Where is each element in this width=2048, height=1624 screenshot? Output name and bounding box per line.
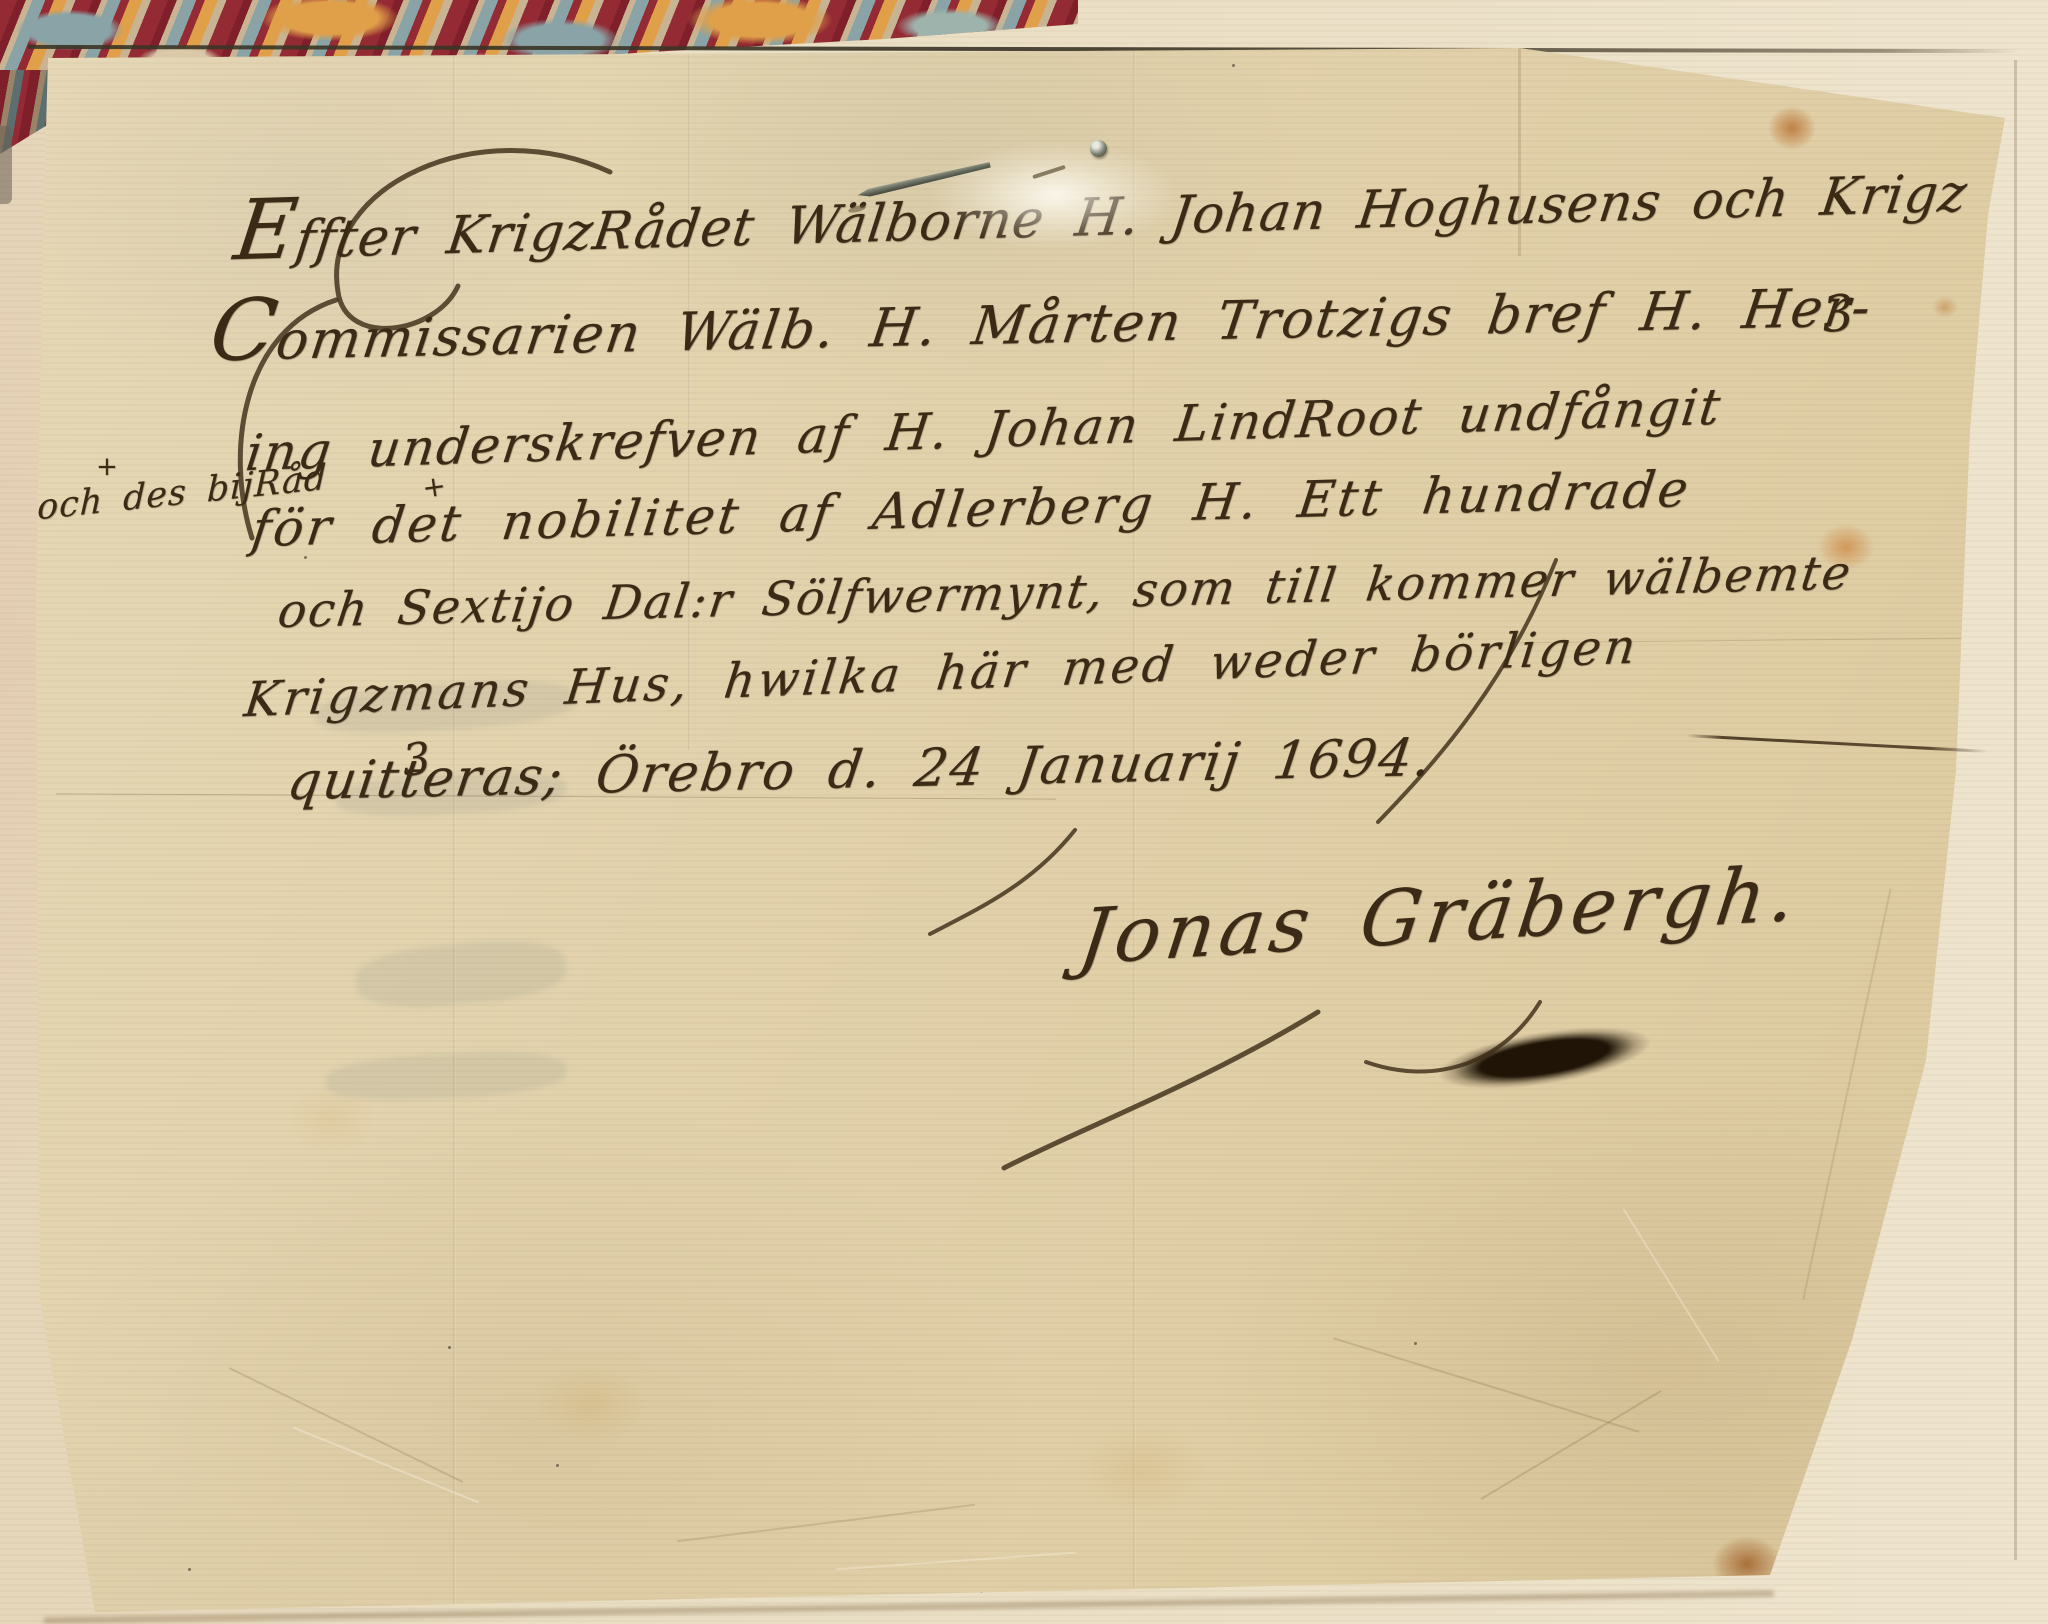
scanned-page: Effter KrigzRådet Wälborne H. Johan Hogh… <box>0 0 2048 1624</box>
wrinkle <box>1480 1390 1661 1500</box>
wrinkle <box>677 1504 975 1543</box>
fold-crease-vertical <box>688 50 691 750</box>
fold-crease-vertical <box>1133 48 1136 1588</box>
fold-crease-vertical <box>453 54 456 1604</box>
wrinkle <box>836 1552 1076 1571</box>
underlying-page-edge <box>2014 60 2017 1560</box>
wrinkle <box>1802 888 1891 1299</box>
wrinkle <box>229 1367 464 1483</box>
fox-stain <box>1932 296 1958 318</box>
ink-showthrough <box>325 1048 567 1105</box>
wrinkle <box>1622 1208 1719 1362</box>
binding-gutter-shadow <box>0 126 12 204</box>
ink-speck <box>1414 1342 1417 1345</box>
faint-stain <box>536 1364 646 1444</box>
ink-speck <box>556 1464 559 1467</box>
fox-stain <box>1768 106 1816 150</box>
right-margin-numeral: 3 <box>1820 284 1856 344</box>
straight-pin-head <box>1090 140 1107 157</box>
wrinkle <box>293 1427 479 1504</box>
ink-speck <box>1232 64 1235 67</box>
ink-speck <box>448 1346 451 1349</box>
ink-showthrough <box>354 935 568 1013</box>
faint-stain <box>1076 1424 1206 1514</box>
wrinkle <box>1333 1337 1640 1432</box>
ink-speck <box>980 1592 983 1595</box>
pin-paper-pucker <box>930 140 1180 250</box>
ink-speck <box>188 1568 191 1571</box>
fox-stain <box>1712 1536 1782 1592</box>
margin-plus-mark: + <box>96 452 118 482</box>
